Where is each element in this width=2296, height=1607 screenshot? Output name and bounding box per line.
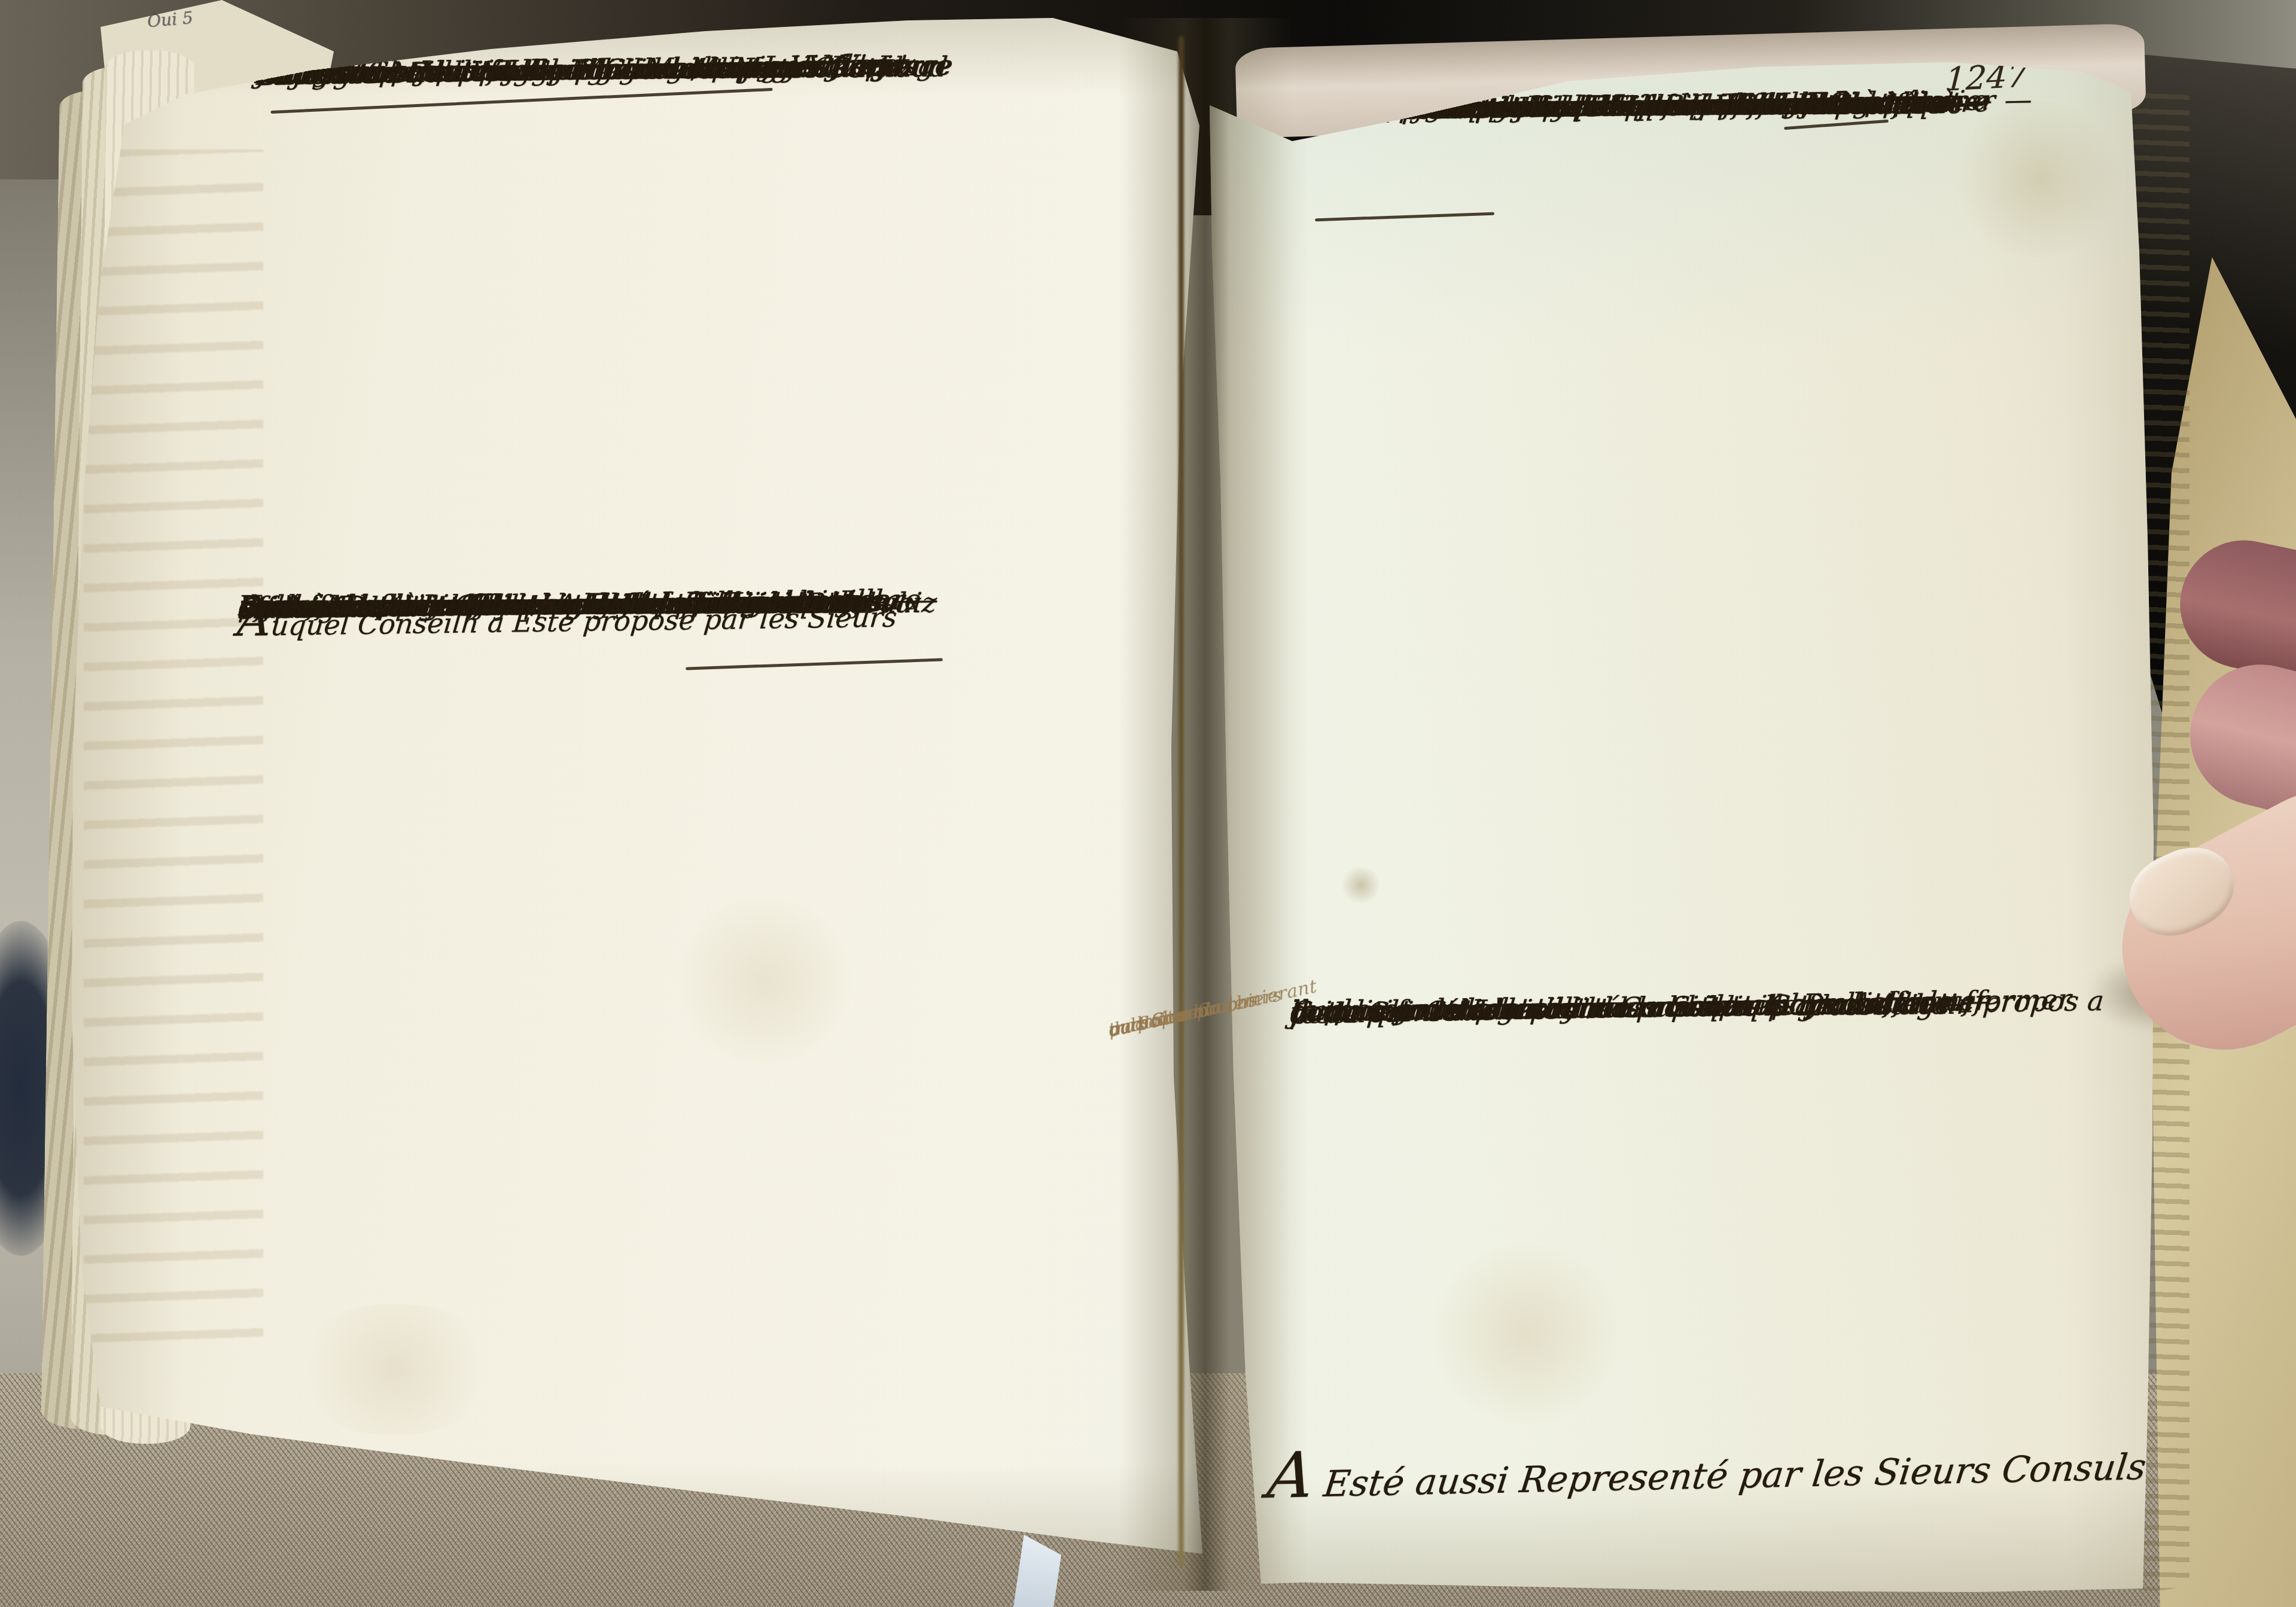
gutter-shadow	[1119, 18, 1292, 1591]
parchment-stain	[287, 1304, 503, 1435]
faded-corner-mark: Oui 5	[147, 8, 194, 32]
gutter-crease-line	[1179, 36, 1184, 1567]
ink-spot	[1340, 867, 1382, 903]
ink-bleedthrough-column	[84, 150, 263, 1358]
manuscript-line: Condition intiegeros .	[1288, 992, 1595, 1042]
parchment-stain	[1424, 1244, 1627, 1423]
manuscript-photo-scene: Oui 5 Guillaume Faurest bourges Mes pier…	[0, 0, 2296, 1607]
parchment-stain	[670, 897, 861, 1065]
manuscript-line: taxe sur a raison de vingt cinq souz le …	[236, 587, 877, 636]
